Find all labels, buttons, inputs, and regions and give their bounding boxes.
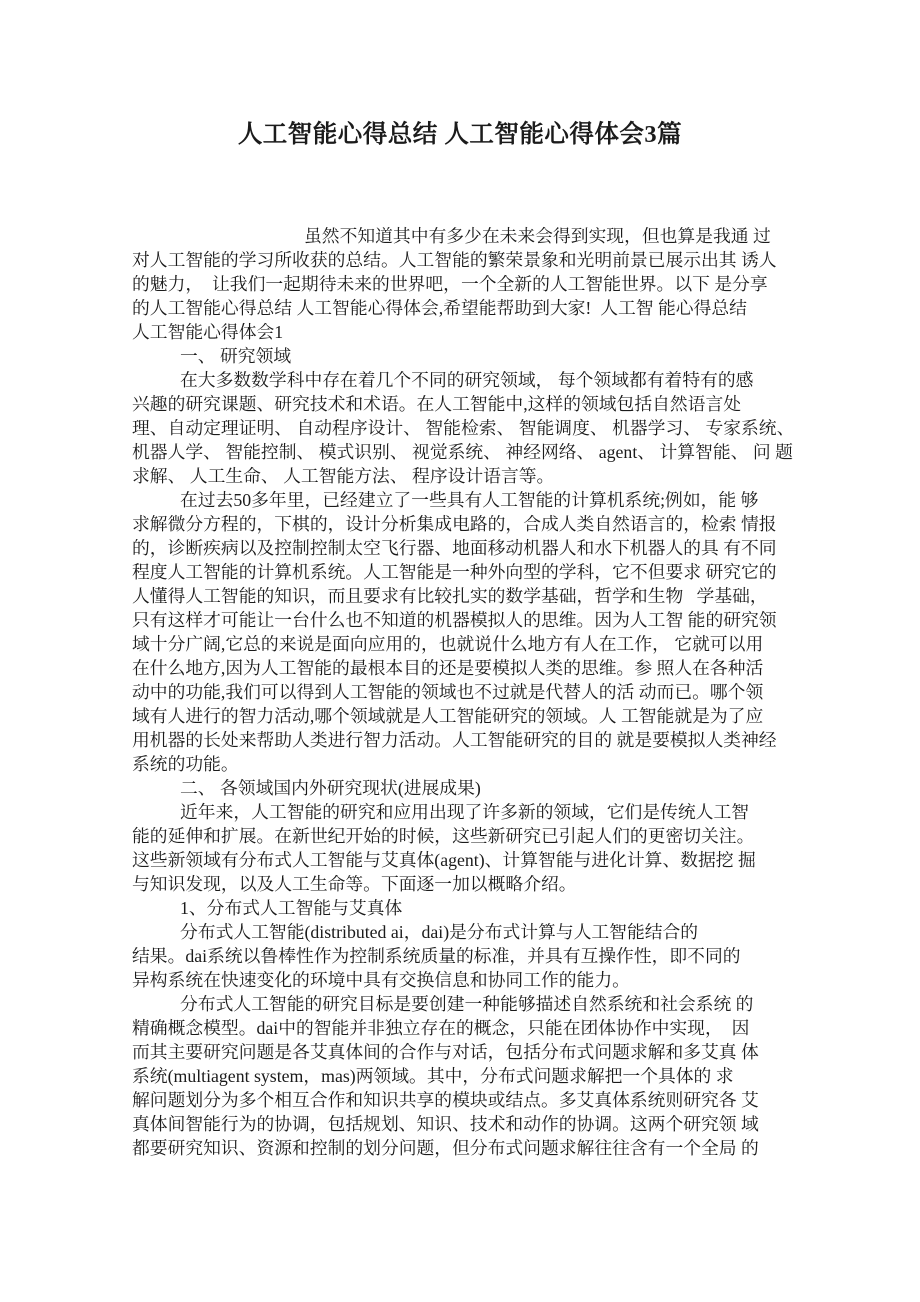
text-line: 动中的功能,我们可以得到人工智能的领域也不过就是代替人的活 动而已。哪个领 [132, 680, 794, 704]
text-line: 程度人工智能的计算机系统。人工智能是一种外向型的学科，它不但要求 研究它的 [132, 560, 794, 584]
paragraph: 1、分布式人工智能与艾真体 [132, 896, 794, 920]
text-line: 用机器的长处来帮助人类进行智力活动。人工智能研究的目的 就是要模拟人类神经 [132, 728, 794, 752]
text-line: 精确概念模型。dai中的智能并非独立存在的概念，只能在团体协作中实现， 因 [132, 1016, 794, 1040]
text-line: 求解、 人工生命、 人工智能方法、 程序设计语言等。 [132, 464, 794, 488]
text-line: 的魅力， 让我们一起期待未来的世界吧，一个全新的人工智能世界。以下 是分享 [132, 272, 794, 296]
document-title: 人工智能心得总结 人工智能心得体会3篇 [0, 119, 920, 151]
text-line: 只有这样才可能让一台什么也不知道的机器模拟人的思维。因为人工智 能的研究领 [132, 608, 794, 632]
text-line: 异构系统在快速变化的环境中具有交换信息和协同工作的能力。 [132, 968, 794, 992]
text-line: 在大多数数学科中存在着几个不同的研究领域， 每个领域都有着特有的感 [132, 368, 794, 392]
text-line: 结果。dai系统以鲁棒性作为控制系统质量的标准，并具有互操作性，即不同的 [132, 944, 794, 968]
paragraph: 在大多数数学科中存在着几个不同的研究领域， 每个领域都有着特有的感兴趣的研究课题… [132, 368, 794, 488]
text-line: 1、分布式人工智能与艾真体 [132, 896, 794, 920]
document-page: 人工智能心得总结 人工智能心得体会3篇 虽然不知道其中有多少在未来会得到实现，但… [0, 0, 920, 1302]
text-line: 理、自动定理证明、 自动程序设计、 智能检索、 智能调度、 机器学习、 专家系统… [132, 416, 794, 440]
text-line: 在什么地方,因为人工智能的最根本目的还是要模拟人类的思维。参 照人在各种活 [132, 656, 794, 680]
text-line: 这些新领域有分布式人工智能与艾真体(agent)、计算智能与进化计算、数据挖 掘 [132, 848, 794, 872]
text-line: 能的延伸和扩展。在新世纪开始的时候，这些新研究已引起人们的更密切关注。 [132, 824, 794, 848]
text-line: 二、 各领域国内外研究现状(进展成果) [132, 776, 794, 800]
text-line: 域十分广阔,它总的来说是面向应用的，也就说什么地方有人在工作， 它就可以用 [132, 632, 794, 656]
text-line: 真体间智能行为的协调，包括规划、知识、技术和动作的协调。这两个研究领 域 [132, 1112, 794, 1136]
document-body: 虽然不知道其中有多少在未来会得到实现，但也算是我通 过对人工智能的学习所收获的总… [132, 224, 794, 1160]
text-line: 的人工智能心得总结 人工智能心得体会,希望能帮助到大家! 人工智 能心得总结 [132, 296, 794, 320]
text-line: 与知识发现，以及人工生命等。下面逐一加以概略介绍。 [132, 872, 794, 896]
text-line: 分布式人工智能的研究目标是要创建一种能够描述自然系统和社会系统 的 [132, 992, 794, 1016]
text-line: 域有人进行的智力活动,哪个领域就是人工智能研究的领域。人 工智能就是为了应 [132, 704, 794, 728]
text-line: 分布式人工智能(distributed ai，dai)是分布式计算与人工智能结合… [132, 920, 794, 944]
text-line: 求解微分方程的，下棋的，设计分析集成电路的，合成人类自然语言的，检索 情报 [132, 512, 794, 536]
paragraph: 在过去50多年里，已经建立了一些具有人工智能的计算机系统;例如，能 够求解微分方… [132, 488, 794, 776]
paragraph: 分布式人工智能的研究目标是要创建一种能够描述自然系统和社会系统 的精确概念模型。… [132, 992, 794, 1160]
text-line: 人懂得人工智能的知识，而且要求有比较扎实的数学基础，哲学和生物 学基础， [132, 584, 794, 608]
text-line: 兴趣的研究课题、研究技术和术语。在人工智能中,这样的领域包括自然语言处 [132, 392, 794, 416]
text-line: 系统(multiagent system，mas)两领域。其中，分布式问题求解把… [132, 1064, 794, 1088]
text-line: 人工智能心得体会1 [132, 320, 794, 344]
text-line: 一、 研究领域 [132, 344, 794, 368]
text-line: 都要研究知识、资源和控制的划分问题，但分布式问题求解往往含有一个全局 的 [132, 1136, 794, 1160]
paragraph: 虽然不知道其中有多少在未来会得到实现，但也算是我通 过对人工智能的学习所收获的总… [132, 224, 794, 344]
paragraph: 近年来，人工智能的研究和应用出现了许多新的领域，它们是传统人工智能的延伸和扩展。… [132, 800, 794, 896]
text-line: 而其主要研究问题是各艾真体间的合作与对话，包括分布式问题求解和多艾真 体 [132, 1040, 794, 1064]
text-line: 系统的功能。 [132, 752, 794, 776]
paragraph: 一、 研究领域 [132, 344, 794, 368]
text-line: 对人工智能的学习所收获的总结。人工智能的繁荣景象和光明前景已展示出其 诱人 [132, 248, 794, 272]
paragraph: 二、 各领域国内外研究现状(进展成果) [132, 776, 794, 800]
text-line: 在过去50多年里，已经建立了一些具有人工智能的计算机系统;例如，能 够 [132, 488, 794, 512]
text-line: 机器人学、 智能控制、 模式识别、 视觉系统、 神经网络、 agent、 计算智… [132, 440, 794, 464]
text-line: 解问题划分为多个相互合作和知识共享的模块或结点。多艾真体系统则研究各 艾 [132, 1088, 794, 1112]
text-line: 虽然不知道其中有多少在未来会得到实现，但也算是我通 过 [132, 224, 794, 248]
text-line: 近年来，人工智能的研究和应用出现了许多新的领域，它们是传统人工智 [132, 800, 794, 824]
paragraph: 分布式人工智能(distributed ai，dai)是分布式计算与人工智能结合… [132, 920, 794, 992]
text-line: 的，诊断疾病以及控制控制太空飞行器、地面移动机器人和水下机器人的具 有不同 [132, 536, 794, 560]
